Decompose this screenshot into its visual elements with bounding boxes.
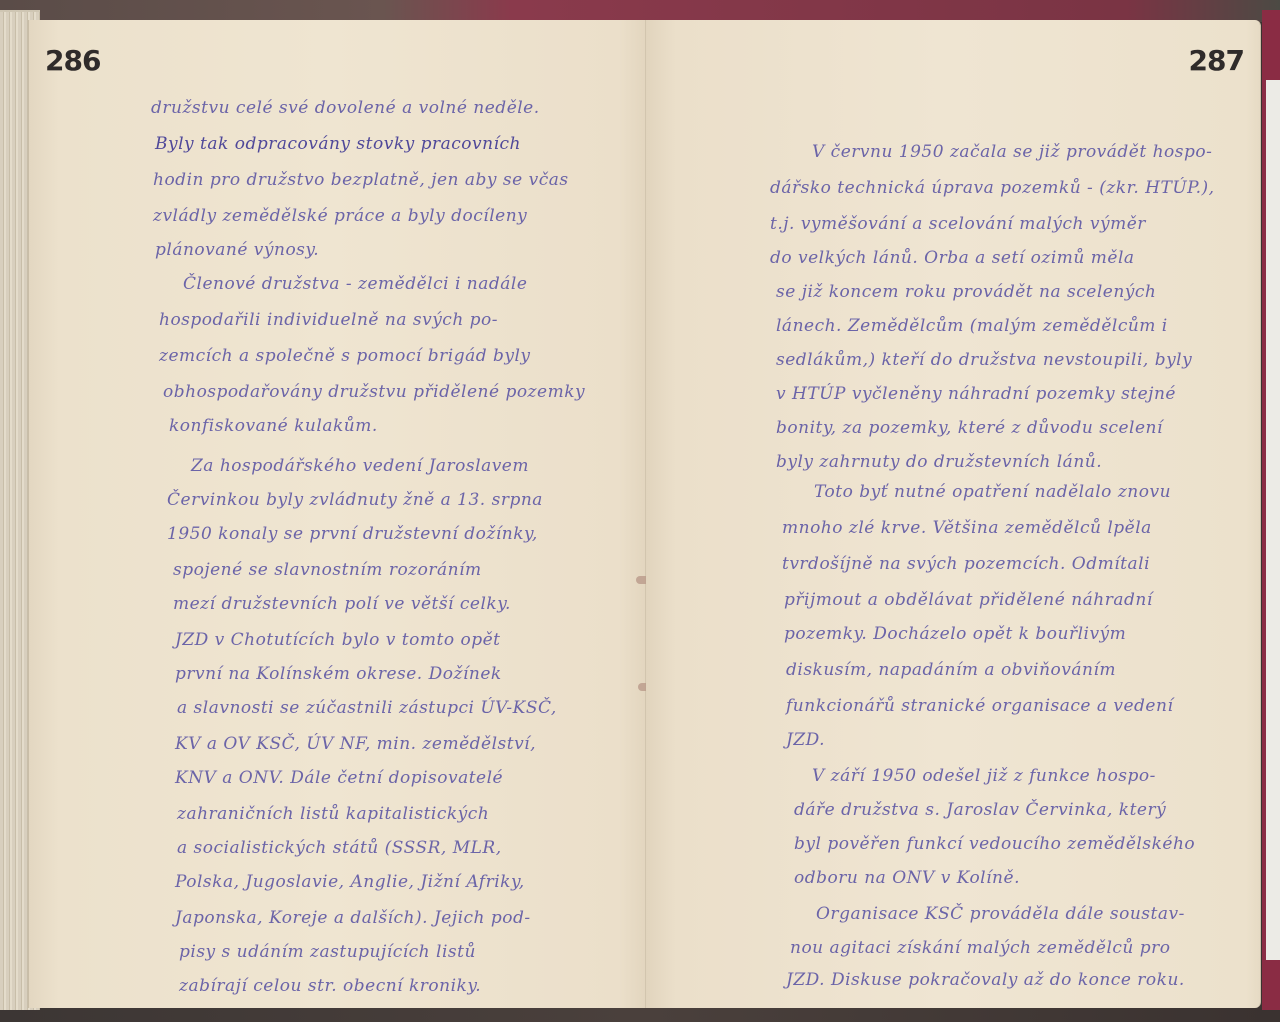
text-line: JZD. (786, 730, 825, 750)
text-line: Japonska, Koreje a dalších). Jejich pod- (175, 908, 531, 928)
text-line: sedlákům,) kteří do družstva nevstoupili… (776, 350, 1192, 370)
text-line: byl pověřen funkcí vedoucího zemědělskéh… (794, 834, 1195, 854)
text-line: diskusím, napadáním a obviňováním (786, 660, 1116, 680)
text-line: spojené se slavnostním rozoráním (173, 560, 482, 580)
text-line: Za hospodářského vedení Jaroslavem (191, 456, 529, 476)
text-line: Byly tak odpracovány stovky pracovních (155, 134, 521, 154)
text-line: pisy s udáním zastupujících listů (179, 942, 476, 962)
text-line: družstvu celé své dovolené a volné neděl… (151, 98, 540, 118)
text-line: plánované výnosy. (155, 240, 319, 260)
text-line: mnoho zlé krve. Většina zemědělců lpěla (782, 518, 1152, 538)
text-line: mezí družstevních polí ve větší celky. (173, 594, 511, 614)
text-line: dářsko technická úprava pozemků - (zkr. … (770, 178, 1215, 198)
book-cover-right-edge (1262, 10, 1280, 1010)
text-line: do velkých lánů. Orba a setí ozimů měla (770, 248, 1135, 268)
text-line: zvládly zemědělské práce a byly docíleny (153, 206, 527, 226)
text-line: KV a OV KSČ, ÚV NF, min. zemědělství, (175, 734, 536, 754)
text-line: hodin pro družstvo bezplatně, jen aby se… (153, 170, 569, 190)
text-line: zabírají celou str. obecní kroniky. (179, 976, 481, 996)
text-line: JZD. Diskuse pokračovaly až do konce rok… (786, 970, 1185, 990)
text-line: t.j. vyměšování a scelování malých výměr (770, 214, 1146, 234)
text-line: a slavnosti se zúčastnili zástupci ÚV-KS… (177, 698, 557, 718)
text-line: hospodařili individuelně na svých po- (159, 310, 498, 330)
next-sheet-edge (1266, 80, 1280, 960)
text-line: a socialistických států (SSSR, MLR, (177, 838, 502, 858)
text-line: Polska, Jugoslavie, Anglie, Jižní Afriky… (175, 872, 525, 892)
text-line: KNV a ONV. Dále četní dopisovatelé (175, 768, 503, 788)
text-line: dáře družstva s. Jaroslav Červinka, kter… (794, 800, 1166, 820)
text-line: zemcích a společně s pomocí brigád byly (159, 346, 531, 366)
text-line: Členové družstva - zemědělci i nadále (183, 274, 527, 294)
left-page-text: družstvu celé své dovolené a volné neděl… (29, 20, 647, 1008)
text-line: se již koncem roku provádět na scelených (776, 282, 1156, 302)
text-line: lánech. Zemědělcům (malým zemědělcům i (776, 316, 1168, 336)
text-line: konfiskované kulakům. (169, 416, 378, 436)
text-line: pozemky. Docházelo opět k bouřlivým (784, 624, 1126, 644)
text-line: Červinkou byly zvládnuty žně a 13. srpna (167, 490, 543, 510)
book-cover-top (0, 0, 1280, 22)
text-line: tvrdošíjně na svých pozemcích. Odmítali (782, 554, 1150, 574)
text-line: Toto byť nutné opatření nadělalo znovu (814, 482, 1171, 502)
text-line: JZD v Chotutících bylo v tomto opět (175, 630, 500, 650)
text-line: V červnu 1950 začala se již provádět hos… (812, 142, 1212, 162)
left-page: 286 družstvu celé své dovolené a volné n… (28, 20, 647, 1008)
text-line: nou agitaci získání malých zemědělců pro (790, 938, 1171, 958)
text-line: Organisace KSČ prováděla dále soustav- (816, 904, 1185, 924)
text-line: první na Kolínském okrese. Dožínek (175, 664, 502, 684)
right-page-text: V červnu 1950 začala se již provádět hos… (646, 20, 1260, 1008)
right-page: 287 V červnu 1950 začala se již provádět… (646, 20, 1261, 1008)
text-line: 1950 konaly se první družstevní dožínky, (167, 524, 538, 544)
text-line: byly zahrnuty do družstevních lánů. (776, 452, 1102, 472)
book-cover-bottom (0, 1008, 1280, 1022)
text-line: odboru na ONV v Kolíně. (794, 868, 1020, 888)
text-line: zahraničních listů kapitalistických (177, 804, 489, 824)
text-line: bonity, za pozemky, které z důvodu scele… (776, 418, 1163, 438)
text-line: obhospodařovány družstvu přidělené pozem… (163, 382, 585, 402)
text-line: přijmout a obdělávat přidělené náhradní (784, 590, 1153, 610)
text-line: funkcionářů stranické organisace a veden… (786, 696, 1173, 716)
text-line: V září 1950 odešel již z funkce hospo- (812, 766, 1156, 786)
text-line: v HTÚP vyčleněny náhradní pozemky stejné (776, 384, 1176, 404)
